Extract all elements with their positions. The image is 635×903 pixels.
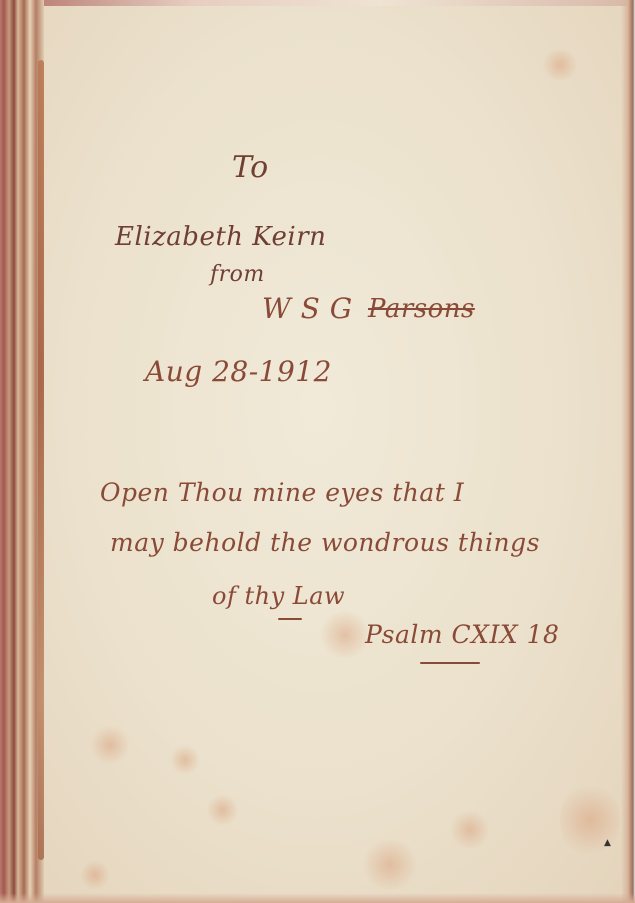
page-gutter-edge xyxy=(38,60,44,860)
page-top-edge xyxy=(0,0,635,6)
verse-line-3: of thy Law xyxy=(212,582,345,610)
page-bottom-edge xyxy=(0,893,635,903)
verse-underline xyxy=(278,618,302,620)
inscription-date: Aug 28-1912 xyxy=(145,355,332,388)
foxing-stain xyxy=(540,50,580,80)
foxing-stain xyxy=(360,840,420,890)
inscription-to: To xyxy=(232,150,269,185)
foxing-stain xyxy=(205,795,240,825)
verse-line-1: Open Thou mine eyes that I xyxy=(100,478,464,507)
verse-line-2: may behold the wondrous things xyxy=(110,528,540,557)
foxing-stain xyxy=(90,725,130,765)
foxing-stain xyxy=(80,860,110,890)
citation-underline xyxy=(420,662,480,664)
inscription-giver-initials: W S G xyxy=(262,292,353,325)
inscription-from: from xyxy=(210,262,265,287)
inscription-giver-surname-struck: Parsons xyxy=(368,294,475,324)
verse-citation: Psalm CXIX 18 xyxy=(365,620,559,649)
book-flyleaf-page: To Elizabeth Keirn from W S G Parsons Au… xyxy=(0,0,635,903)
foxing-stain xyxy=(170,745,200,775)
foxing-stain xyxy=(450,810,490,850)
page-corner-mark: ▲ xyxy=(604,838,611,848)
foxing-stain xyxy=(560,780,620,860)
inscription-recipient: Elizabeth Keirn xyxy=(115,222,326,252)
foxing-stain xyxy=(320,610,370,660)
page-right-edge xyxy=(621,0,635,903)
